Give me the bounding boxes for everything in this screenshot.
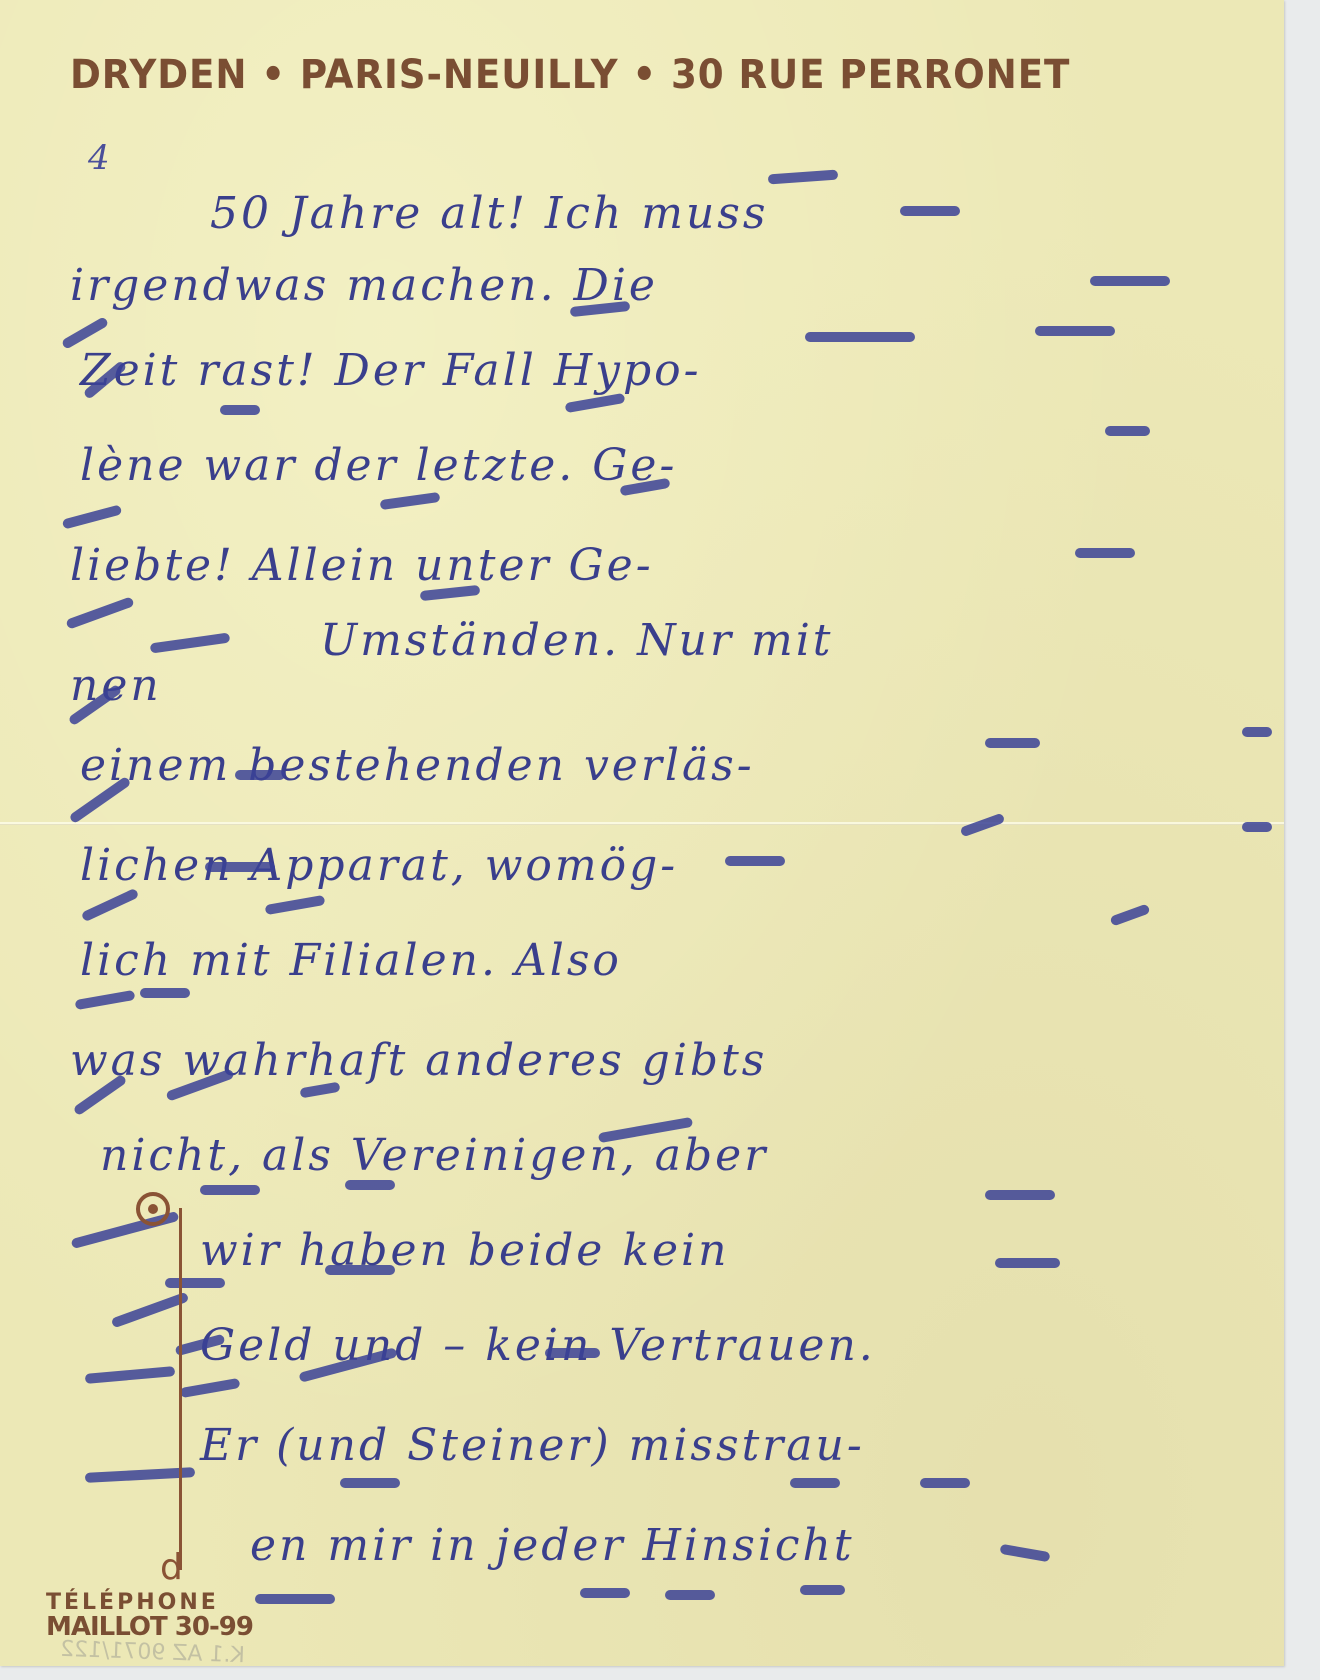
pen-stroke bbox=[150, 632, 231, 653]
pen-stroke bbox=[65, 596, 134, 629]
pen-stroke bbox=[220, 405, 260, 415]
pen-stroke bbox=[140, 988, 190, 998]
page-number: 4 bbox=[88, 138, 110, 178]
pen-stroke bbox=[800, 1585, 845, 1595]
handwritten-line: was wahrhaft anderes gibts bbox=[70, 1035, 767, 1086]
handwritten-line: lène war der letzte. Ge- bbox=[80, 440, 677, 491]
pen-stroke bbox=[1242, 822, 1272, 832]
handwritten-line: Umständen. Nur mit bbox=[320, 615, 834, 666]
pen-stroke bbox=[265, 895, 326, 915]
handwritten-line: Zeit rast! Der Fall Hypo- bbox=[80, 345, 702, 396]
archive-stamp: K.1 AZ 9071/122 bbox=[60, 1637, 246, 1668]
pen-stroke bbox=[995, 1258, 1060, 1268]
pen-stroke bbox=[920, 1478, 970, 1488]
letter-paper: DRYDEN • PARIS-NEUILLY • 30 RUE PERRONET… bbox=[0, 0, 1284, 1666]
pen-stroke bbox=[805, 332, 915, 342]
pen-stroke bbox=[545, 1348, 600, 1358]
pen-stroke bbox=[665, 1590, 715, 1600]
pen-stroke bbox=[255, 1594, 335, 1604]
pen-stroke bbox=[235, 770, 285, 780]
pen-stroke bbox=[985, 1190, 1055, 1200]
pen-stroke bbox=[380, 492, 441, 510]
handwritten-line: wir haben beide kein bbox=[200, 1225, 729, 1276]
pen-stroke bbox=[62, 504, 123, 529]
letterhead: DRYDEN • PARIS-NEUILLY • 30 RUE PERRONET bbox=[70, 52, 1149, 98]
pen-stroke bbox=[1035, 326, 1115, 336]
pen-stroke bbox=[1242, 727, 1272, 737]
pen-stroke bbox=[340, 1478, 400, 1488]
handwritten-line: irgendwas machen. Die bbox=[70, 260, 658, 311]
pen-stroke bbox=[900, 206, 960, 216]
handwritten-line: 50 Jahre alt! Ich muss bbox=[210, 188, 768, 239]
pen-stroke bbox=[200, 1185, 260, 1195]
handwritten-line: liebte! Allein unter Ge- bbox=[70, 540, 654, 591]
pen-stroke bbox=[985, 738, 1040, 748]
pen-stroke bbox=[345, 1180, 395, 1190]
pen-stroke bbox=[1090, 276, 1170, 286]
pen-stroke bbox=[85, 1366, 176, 1384]
handwritten-line: en mir in jeder Hinsicht bbox=[250, 1520, 855, 1571]
pen-stroke bbox=[580, 1588, 630, 1598]
handwritten-line: einem bestehenden verläs- bbox=[80, 740, 755, 791]
handwritten-line: Geld und – kein Vertrauen. bbox=[200, 1320, 876, 1371]
pen-stroke bbox=[81, 888, 140, 922]
pen-stroke bbox=[1000, 1544, 1051, 1563]
pen-stroke bbox=[960, 813, 1006, 838]
handwritten-line: nicht, als Vereinigen, aber bbox=[100, 1130, 768, 1181]
telephone-ornament-line bbox=[179, 1208, 182, 1570]
handwritten-line: lich mit Filialen. Also bbox=[80, 935, 622, 986]
pen-stroke bbox=[180, 1378, 241, 1398]
pen-stroke bbox=[165, 1278, 225, 1288]
pen-stroke bbox=[75, 990, 136, 1010]
telephone-ornament-letter: d bbox=[160, 1550, 183, 1586]
pen-stroke bbox=[768, 170, 839, 185]
pen-stroke bbox=[325, 1265, 395, 1275]
pen-stroke bbox=[790, 1478, 840, 1488]
pen-stroke bbox=[205, 862, 275, 872]
pen-stroke bbox=[111, 1292, 190, 1329]
pen-stroke bbox=[725, 856, 785, 866]
handwritten-line: lichen Apparat, womög- bbox=[80, 840, 678, 891]
pen-stroke bbox=[1105, 426, 1150, 436]
telephone-ornament-dot bbox=[148, 1204, 158, 1214]
pen-stroke bbox=[1075, 548, 1135, 558]
handwritten-line: Er (und Steiner) misstrau- bbox=[200, 1420, 865, 1471]
paper-fold-crease bbox=[0, 822, 1284, 825]
pen-stroke bbox=[1109, 903, 1150, 926]
